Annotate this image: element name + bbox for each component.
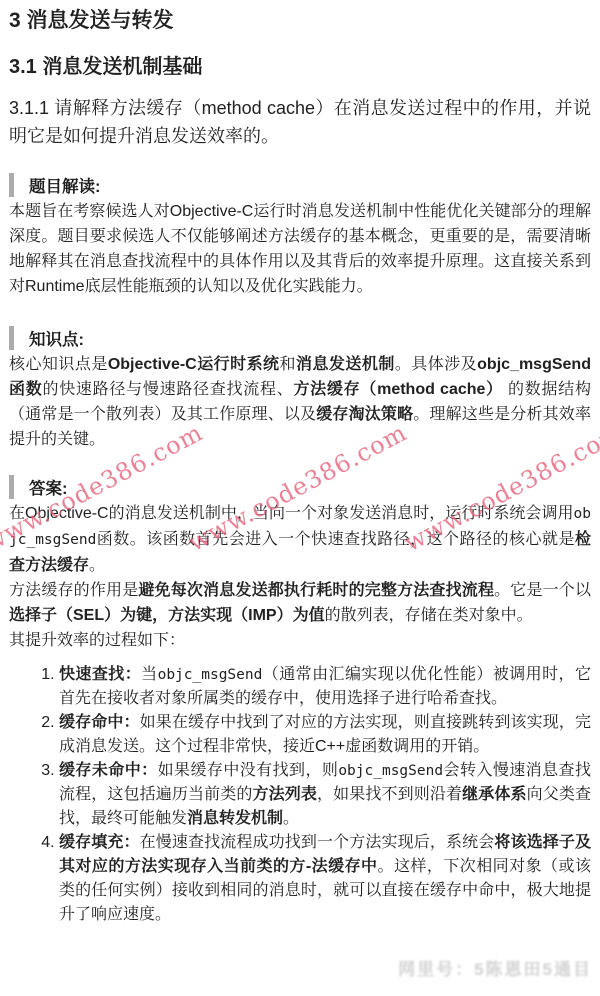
section-title: 3.1 消息发送机制基础 [9,54,591,80]
bold-text: 消息发送机制 [296,356,395,373]
text-segment: 其提升效率的过程如下： [9,632,185,649]
bold-text: 快速查找： [59,666,141,683]
bold-text: Objective-C运行时系统 [108,356,280,373]
text-segment: 在Objective-C的消息发送机制中，当向一个对象发送消息时，运行时系统会调… [9,505,574,522]
text-segment: 在慢速查找流程成功找到一个方法实现后，系统会 [140,834,495,851]
bold-text: 避免每次消息发送都执行耗时的完整方法查找流程 [138,582,494,599]
callout-knowledge: 知识点: [9,324,591,352]
question-title: 3.1.1 请解释方法缓存（method cache）在消息发送过程中的作用，并… [9,94,591,150]
text-segment: 。具体涉及 [395,356,477,373]
callout-bar [9,173,14,197]
bold-text: 选择子（SEL）为键，方法实现（IMP）为值 [9,607,325,624]
text-segment: 的快速路径与慢速路径查找流程、 [42,381,293,398]
callout-label-answer: 答案: [29,475,68,499]
list-item: 缓存填充：在慢速查找流程成功找到一个方法实现后，系统会将该选择子及其对应的方法实… [59,831,591,927]
callout-answer: 答案: [9,473,591,501]
bold-text: 方法列表 [252,786,317,803]
paragraph-interpretation: 本题旨在考察候选人对Objective-C运行时消息发送机制中性能优化关键部分的… [9,199,591,299]
text-segment: 本题旨在考察候选人对Objective-C运行时消息发送机制中性能优化关键部分的… [9,203,591,295]
text-segment: 如果缓存中没有找到，则 [158,762,339,779]
bold-text: 方法缓存（method cache） [293,381,502,398]
callout-bar [9,326,14,350]
paragraph-answer-3: 其提升效率的过程如下： [9,628,591,653]
text-segment: 。 [89,557,105,574]
callout-interpretation: 题目解读: [9,171,591,199]
text-segment: 核心知识点是 [9,356,108,373]
text-segment: 和 [280,356,296,373]
footer-watermark: 网里号：5陈恩田5通目 [398,955,592,980]
bold-text: 缓存命中： [59,714,140,731]
inline-code: objc_msgSend [338,763,443,779]
bold-text: 缓存填充： [59,834,140,851]
text-segment: 函数。该函数首先会进入一个快速查找路径，这个路径的核心就是 [96,531,575,548]
document-page: 3 消息发送与转发 3.1 消息发送机制基础 3.1.1 请解释方法缓存（met… [0,0,600,996]
text-segment: 当 [141,666,157,683]
paragraph-answer-2: 方法缓存的作用是避免每次消息发送都执行耗时的完整方法查找流程。它是一个以选择子（… [9,578,591,628]
list-item: 缓存未命中：如果缓存中没有找到，则objc_msgSend会转入慢速消息查找流程… [59,759,591,831]
text-segment: 的散列表，存储在类对象中。 [325,607,533,624]
text-segment: 如果在缓存中找到了对应的方法实现，则直接跳转到该实现，完成消息发送。这个过程非常… [59,714,591,755]
list-item: 快速查找：当objc_msgSend（通常由汇编实现以优化性能）被调用时，它首先… [59,663,591,711]
text-segment: 方法缓存的作用是 [9,582,138,599]
bold-text: 缓存淘汰策略 [316,406,413,423]
text-segment: 。它是一个以 [494,582,591,599]
paragraph-answer-1: 在Objective-C的消息发送机制中，当向一个对象发送消息时，运行时系统会调… [9,501,591,578]
text-segment: 。 [283,810,299,827]
bold-text: 缓存未命中： [59,762,158,779]
list-item: 缓存命中：如果在缓存中找到了对应的方法实现，则直接跳转到该实现，完成消息发送。这… [59,711,591,759]
bold-text: 继承体系 [462,786,527,803]
callout-label-knowledge: 知识点: [29,326,84,350]
callout-bar [9,475,14,499]
chapter-title: 3 消息发送与转发 [9,8,591,34]
efficiency-steps-list: 快速查找：当objc_msgSend（通常由汇编实现以优化性能）被调用时，它首先… [9,663,591,927]
bold-text: 消息转发机制 [187,810,283,827]
paragraph-knowledge: 核心知识点是Objective-C运行时系统和消息发送机制。具体涉及objc_m… [9,352,591,452]
text-segment: ，如果找不到则沿着 [317,786,462,803]
inline-code: objc_msgSend [158,667,263,683]
callout-label-interpretation: 题目解读: [29,173,101,197]
